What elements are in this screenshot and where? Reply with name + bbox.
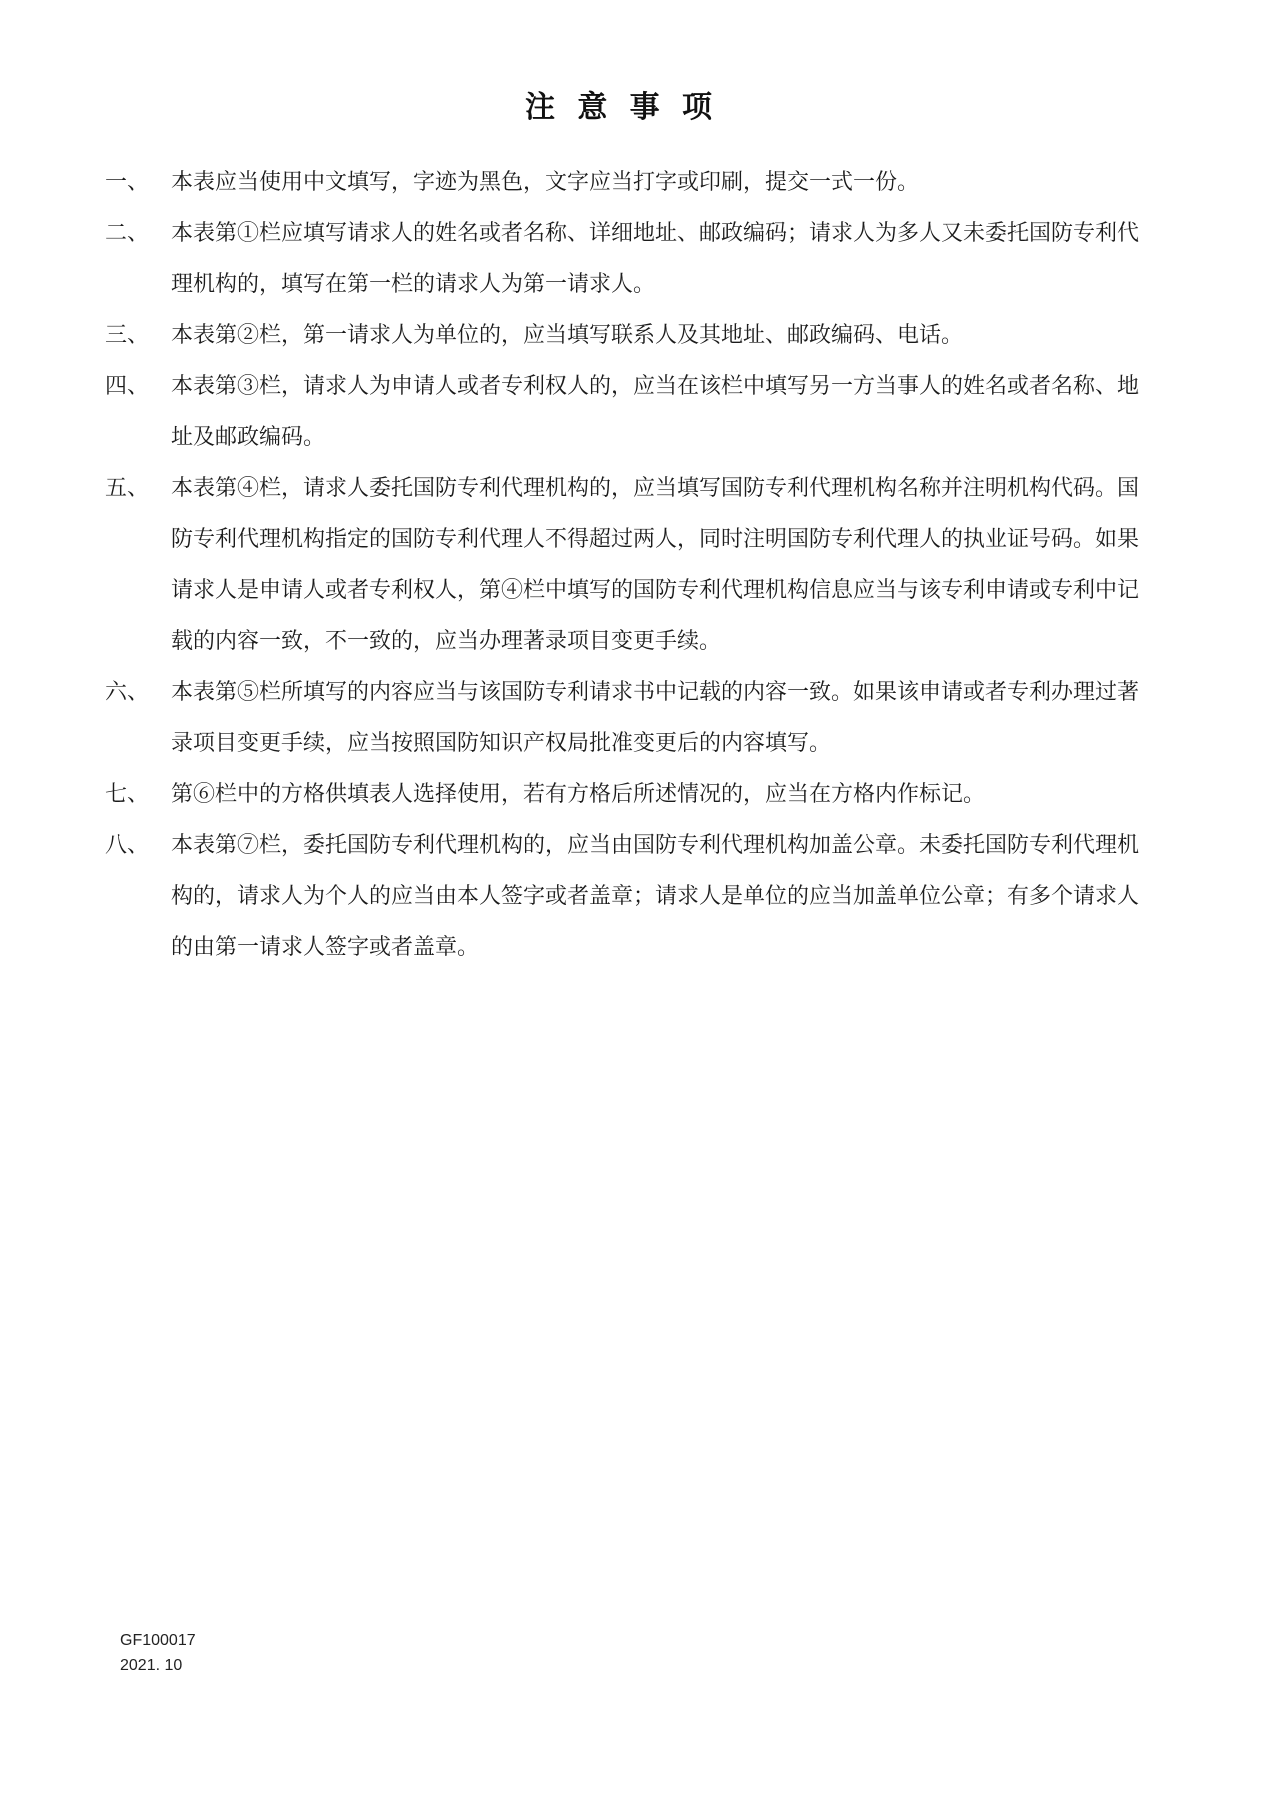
note-line: 防专利代理机构指定的国防专利代理人不得超过两人，同时注明国防专利代理人的执业证号…	[171, 513, 1139, 564]
note-line: 本表第②栏，第一请求人为单位的，应当填写联系人及其地址、邮政编码、电话。	[171, 309, 1139, 360]
note-body: 第⑥栏中的方格供填表人选择使用，若有方格后所述情况的，应当在方格内作标记。	[171, 768, 1139, 819]
note-marker: 二、	[105, 207, 171, 309]
note-line: 本表第③栏，请求人为申请人或者专利权人的，应当在该栏中填写另一方当事人的姓名或者…	[171, 360, 1139, 411]
note-body: 本表第④栏，请求人委托国防专利代理机构的，应当填写国防专利代理机构名称并注明机构…	[171, 462, 1139, 666]
note-item: 八、 本表第⑦栏，委托国防专利代理机构的，应当由国防专利代理机构加盖公章。未委托…	[105, 819, 1139, 972]
note-body: 本表第⑤栏所填写的内容应当与该国防专利请求书中记载的内容一致。如果该申请或者专利…	[171, 666, 1139, 768]
note-marker: 八、	[105, 819, 171, 972]
note-body: 本表应当使用中文填写，字迹为黑色，文字应当打字或印刷，提交一式一份。	[171, 156, 1139, 207]
note-line: 的由第一请求人签字或者盖章。	[171, 921, 1139, 972]
note-body: 本表第②栏，第一请求人为单位的，应当填写联系人及其地址、邮政编码、电话。	[171, 309, 1139, 360]
note-line: 本表应当使用中文填写，字迹为黑色，文字应当打字或印刷，提交一式一份。	[171, 156, 1139, 207]
note-marker: 三、	[105, 309, 171, 360]
note-item: 七、 第⑥栏中的方格供填表人选择使用，若有方格后所述情况的，应当在方格内作标记。	[105, 768, 1139, 819]
document-page: 注 意 事 项 一、 本表应当使用中文填写，字迹为黑色，文字应当打字或印刷，提交…	[0, 0, 1139, 972]
note-line: 录项目变更手续，应当按照国防知识产权局批准变更后的内容填写。	[171, 717, 1139, 768]
note-line: 本表第⑦栏，委托国防专利代理机构的，应当由国防专利代理机构加盖公章。未委托国防专…	[171, 819, 1139, 870]
page-title: 注 意 事 项	[105, 90, 1139, 126]
note-marker: 四、	[105, 360, 171, 462]
note-line: 理机构的，填写在第一栏的请求人为第一请求人。	[171, 258, 1139, 309]
note-marker: 六、	[105, 666, 171, 768]
note-line: 第⑥栏中的方格供填表人选择使用，若有方格后所述情况的，应当在方格内作标记。	[171, 768, 1139, 819]
page-footer: GF100017 2021. 10	[120, 1628, 196, 1678]
note-item: 四、 本表第③栏，请求人为申请人或者专利权人的，应当在该栏中填写另一方当事人的姓…	[105, 360, 1139, 462]
note-marker: 五、	[105, 462, 171, 666]
form-code: GF100017	[120, 1628, 196, 1653]
note-line: 请求人是申请人或者专利权人，第④栏中填写的国防专利代理机构信息应当与该专利申请或…	[171, 564, 1139, 615]
note-line: 本表第⑤栏所填写的内容应当与该国防专利请求书中记载的内容一致。如果该申请或者专利…	[171, 666, 1139, 717]
note-line: 本表第①栏应填写请求人的姓名或者名称、详细地址、邮政编码；请求人为多人又未委托国…	[171, 207, 1139, 258]
note-item: 三、 本表第②栏，第一请求人为单位的，应当填写联系人及其地址、邮政编码、电话。	[105, 309, 1139, 360]
note-line: 构的，请求人为个人的应当由本人签字或者盖章；请求人是单位的应当加盖单位公章；有多…	[171, 870, 1139, 921]
note-marker: 七、	[105, 768, 171, 819]
note-body: 本表第③栏，请求人为申请人或者专利权人的，应当在该栏中填写另一方当事人的姓名或者…	[171, 360, 1139, 462]
note-line: 址及邮政编码。	[171, 411, 1139, 462]
note-item: 一、 本表应当使用中文填写，字迹为黑色，文字应当打字或印刷，提交一式一份。	[105, 156, 1139, 207]
note-line: 本表第④栏，请求人委托国防专利代理机构的，应当填写国防专利代理机构名称并注明机构…	[171, 462, 1139, 513]
notes-list: 一、 本表应当使用中文填写，字迹为黑色，文字应当打字或印刷，提交一式一份。 二、…	[105, 156, 1139, 972]
note-line: 载的内容一致，不一致的，应当办理著录项目变更手续。	[171, 615, 1139, 666]
note-marker: 一、	[105, 156, 171, 207]
note-item: 五、 本表第④栏，请求人委托国防专利代理机构的，应当填写国防专利代理机构名称并注…	[105, 462, 1139, 666]
form-date: 2021. 10	[120, 1653, 196, 1678]
note-body: 本表第⑦栏，委托国防专利代理机构的，应当由国防专利代理机构加盖公章。未委托国防专…	[171, 819, 1139, 972]
note-item: 二、 本表第①栏应填写请求人的姓名或者名称、详细地址、邮政编码；请求人为多人又未…	[105, 207, 1139, 309]
note-item: 六、 本表第⑤栏所填写的内容应当与该国防专利请求书中记载的内容一致。如果该申请或…	[105, 666, 1139, 768]
note-body: 本表第①栏应填写请求人的姓名或者名称、详细地址、邮政编码；请求人为多人又未委托国…	[171, 207, 1139, 309]
